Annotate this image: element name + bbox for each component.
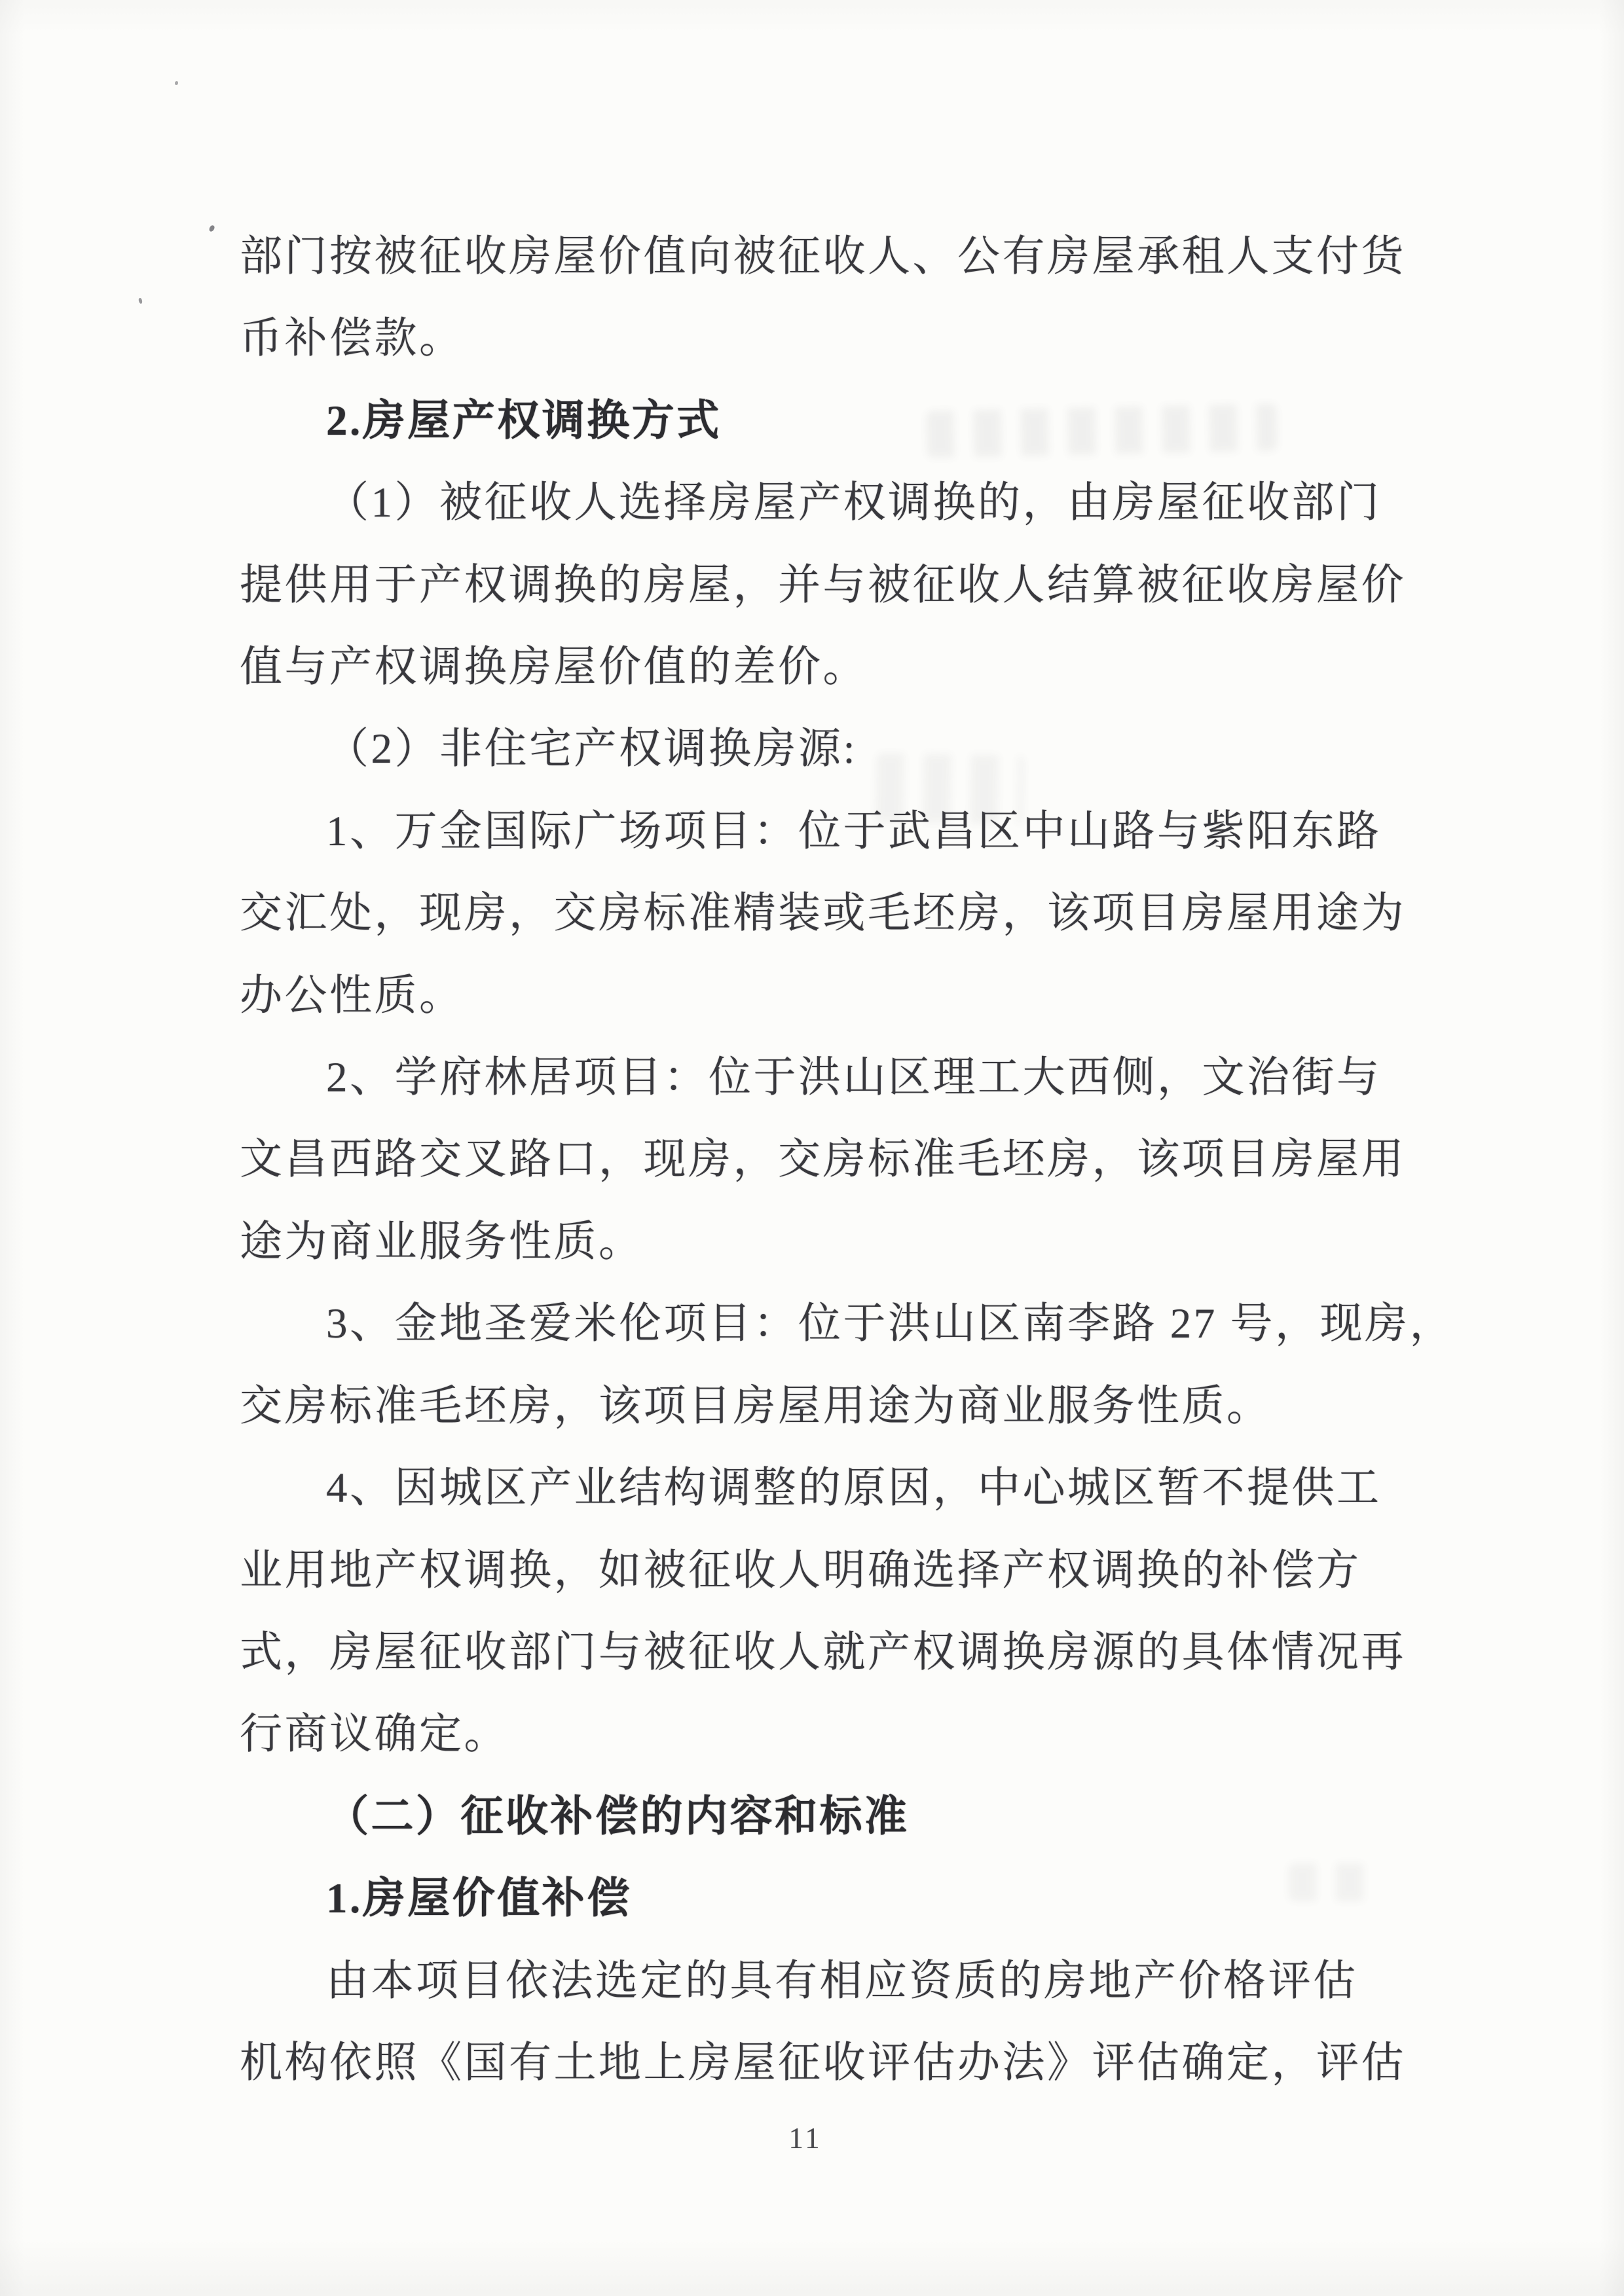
section-heading: 2.房屋产权调换方式	[240, 380, 1382, 462]
scan-dust-speck	[138, 297, 143, 304]
text-line: 行商议确定。	[240, 1694, 1382, 1776]
scan-dust-speck	[175, 81, 178, 85]
text-line: 由本项目依法选定的具有相应资质的房地产价格评估	[240, 1941, 1382, 2022]
section-heading: （二）征收补偿的内容和标准	[240, 1776, 1382, 1858]
text-line: （1）被征收人选择房屋产权调换的，由房屋征收部门	[240, 462, 1382, 544]
text-line: 币补偿款。	[240, 298, 1382, 380]
text-line: 4、因城区产业结构调整的原因，中心城区暂不提供工	[240, 1448, 1382, 1529]
text-line: 机构依照《国有土地上房屋征收评估办法》评估确定，评估	[240, 2022, 1382, 2104]
text-line: 业用地产权调换，如被征收人明确选择产权调换的补偿方	[240, 1530, 1382, 1612]
text-line: 部门按被征收房屋价值向被征收人、公有房屋承租人支付货	[240, 216, 1382, 298]
body-text: 部门按被征收房屋价值向被征收人、公有房屋承租人支付货 币补偿款。 2.房屋产权调…	[240, 216, 1382, 2104]
text-line: 1、万金国际广场项目：位于武昌区中山路与紫阳东路	[240, 791, 1382, 873]
scanned-document-page: 部门按被征收房屋价值向被征收人、公有房屋承租人支付货 币补偿款。 2.房屋产权调…	[0, 0, 1624, 2296]
text-line: 办公性质。	[240, 955, 1382, 1037]
text-line: （2）非住宅产权调换房源:	[240, 708, 1382, 790]
text-line: 提供用于产权调换的房屋，并与被征收人结算被征收房屋价	[240, 545, 1382, 627]
page-number: 11	[763, 2121, 848, 2155]
text-line: 途为商业服务性质。	[240, 1201, 1382, 1283]
section-heading: 1.房屋价值补偿	[240, 1858, 1382, 1940]
text-line: 文昌西路交叉路口，现房，交房标准毛坯房，该项目房屋用	[240, 1119, 1382, 1201]
scan-dust-speck	[208, 225, 215, 232]
text-line: 值与产权调换房屋价值的差价。	[240, 627, 1382, 708]
text-line: 交汇处，现房，交房标准精装或毛坯房，该项目房屋用途为	[240, 873, 1382, 955]
text-line: 交房标准毛坯房，该项目房屋用途为商业服务性质。	[240, 1366, 1382, 1448]
text-line: 3、金地圣爱米伦项目：位于洪山区南李路 27 号，现房，	[240, 1283, 1382, 1365]
text-line: 2、学府林居项目：位于洪山区理工大西侧，文治街与	[240, 1037, 1382, 1119]
text-line: 式，房屋征收部门与被征收人就产权调换房源的具体情况再	[240, 1612, 1382, 1694]
